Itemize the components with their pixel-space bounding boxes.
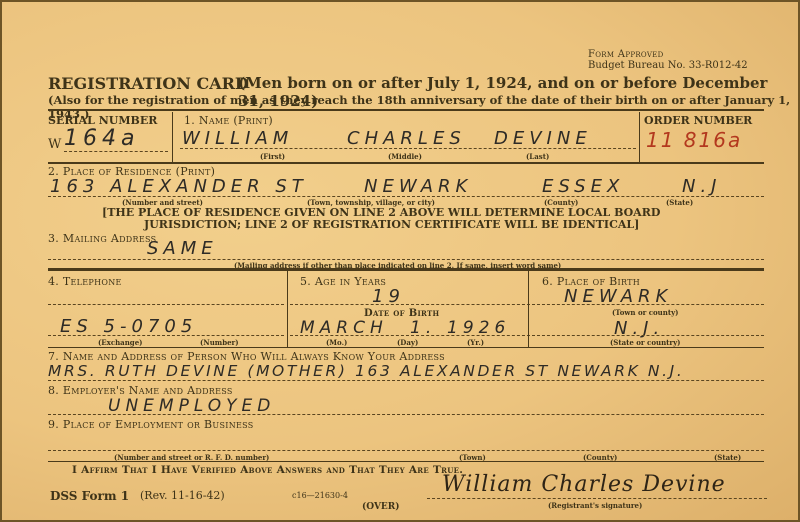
residence-town: NEWARK bbox=[364, 176, 472, 197]
budget-bureau: Budget Bureau No. 33-R012-42 bbox=[588, 60, 748, 71]
residence-state: N.J bbox=[682, 176, 722, 197]
telephone-label: 4. Telephone bbox=[48, 275, 122, 288]
name-middle: CHARLES bbox=[347, 128, 466, 149]
affirmation: I Affirm That I Have Verified Above Answ… bbox=[72, 464, 463, 476]
number-label: (Number) bbox=[200, 338, 239, 347]
month-label: (Mo.) bbox=[326, 338, 347, 347]
divider bbox=[639, 112, 640, 162]
day-label: (Day) bbox=[397, 338, 418, 347]
name-first: WILLIAM bbox=[182, 128, 293, 149]
divider bbox=[48, 268, 764, 271]
residence-notice-2: JURISDICTION; LINE 2 OF REGISTRATION CER… bbox=[144, 218, 639, 231]
residence-county: ESSEX bbox=[542, 176, 624, 197]
over-note: (OVER) bbox=[362, 502, 400, 512]
order-value: 11 816a bbox=[646, 128, 742, 152]
employer-value: UNEMPLOYED bbox=[108, 396, 275, 416]
mailing-value: SAME bbox=[147, 238, 218, 259]
employment-place-line bbox=[48, 450, 764, 451]
employment-place-label: 9. Place of Employment or Business bbox=[48, 418, 254, 431]
year-label: (Yr.) bbox=[467, 338, 484, 347]
registration-card: Form Approved Budget Bureau No. 33-R012-… bbox=[0, 0, 800, 522]
divider bbox=[287, 271, 288, 347]
divider bbox=[48, 109, 764, 111]
birthplace-line-2 bbox=[532, 335, 764, 336]
serial-value: 164a bbox=[64, 126, 168, 152]
first-label: (First) bbox=[260, 152, 285, 161]
telephone-value: ES 5-0705 bbox=[60, 316, 197, 337]
divider bbox=[528, 271, 529, 347]
middle-label: (Middle) bbox=[388, 152, 422, 161]
state-or-country-label: (State or country) bbox=[610, 338, 680, 347]
contact-value: MRS. RUTH DEVINE (MOTHER) 163 ALEXANDER … bbox=[48, 362, 684, 380]
divider bbox=[172, 112, 173, 162]
mailing-label: 3. Mailing Address bbox=[48, 232, 156, 245]
form-title: REGISTRATION CARD bbox=[48, 74, 249, 93]
print-code: c16—21630-4 bbox=[292, 491, 348, 500]
divider bbox=[48, 461, 764, 462]
state-label: (State) bbox=[666, 198, 693, 207]
divider bbox=[48, 162, 764, 164]
mailing-line bbox=[48, 259, 764, 260]
age-line bbox=[290, 304, 530, 305]
form-approved: Form Approved bbox=[588, 49, 664, 60]
telephone-line-2 bbox=[48, 335, 284, 336]
form-number: DSS Form 1 bbox=[50, 489, 129, 503]
last-label: (Last) bbox=[526, 152, 549, 161]
form-revision: (Rev. 11-16-42) bbox=[140, 489, 225, 502]
order-label: ORDER NUMBER bbox=[644, 114, 752, 127]
telephone-line-1 bbox=[48, 304, 284, 305]
name-last: DEVINE bbox=[494, 128, 592, 149]
name-label: 1. Name (Print) bbox=[184, 114, 273, 127]
exchange-label: (Exchange) bbox=[98, 338, 142, 347]
contact-line bbox=[48, 380, 764, 381]
employer-line bbox=[48, 414, 764, 415]
signature-line bbox=[427, 498, 767, 499]
birthplace-line-1 bbox=[532, 304, 764, 305]
serial-prefix: W bbox=[48, 137, 61, 152]
registrant-signature: William Charles Devine bbox=[442, 472, 726, 497]
town-or-county-label: (Town or county) bbox=[612, 308, 678, 317]
dob-line bbox=[290, 335, 530, 336]
divider bbox=[48, 347, 764, 348]
signature-label: (Registrant's signature) bbox=[548, 501, 642, 510]
residence-street: 163 ALEXANDER ST bbox=[50, 176, 308, 197]
